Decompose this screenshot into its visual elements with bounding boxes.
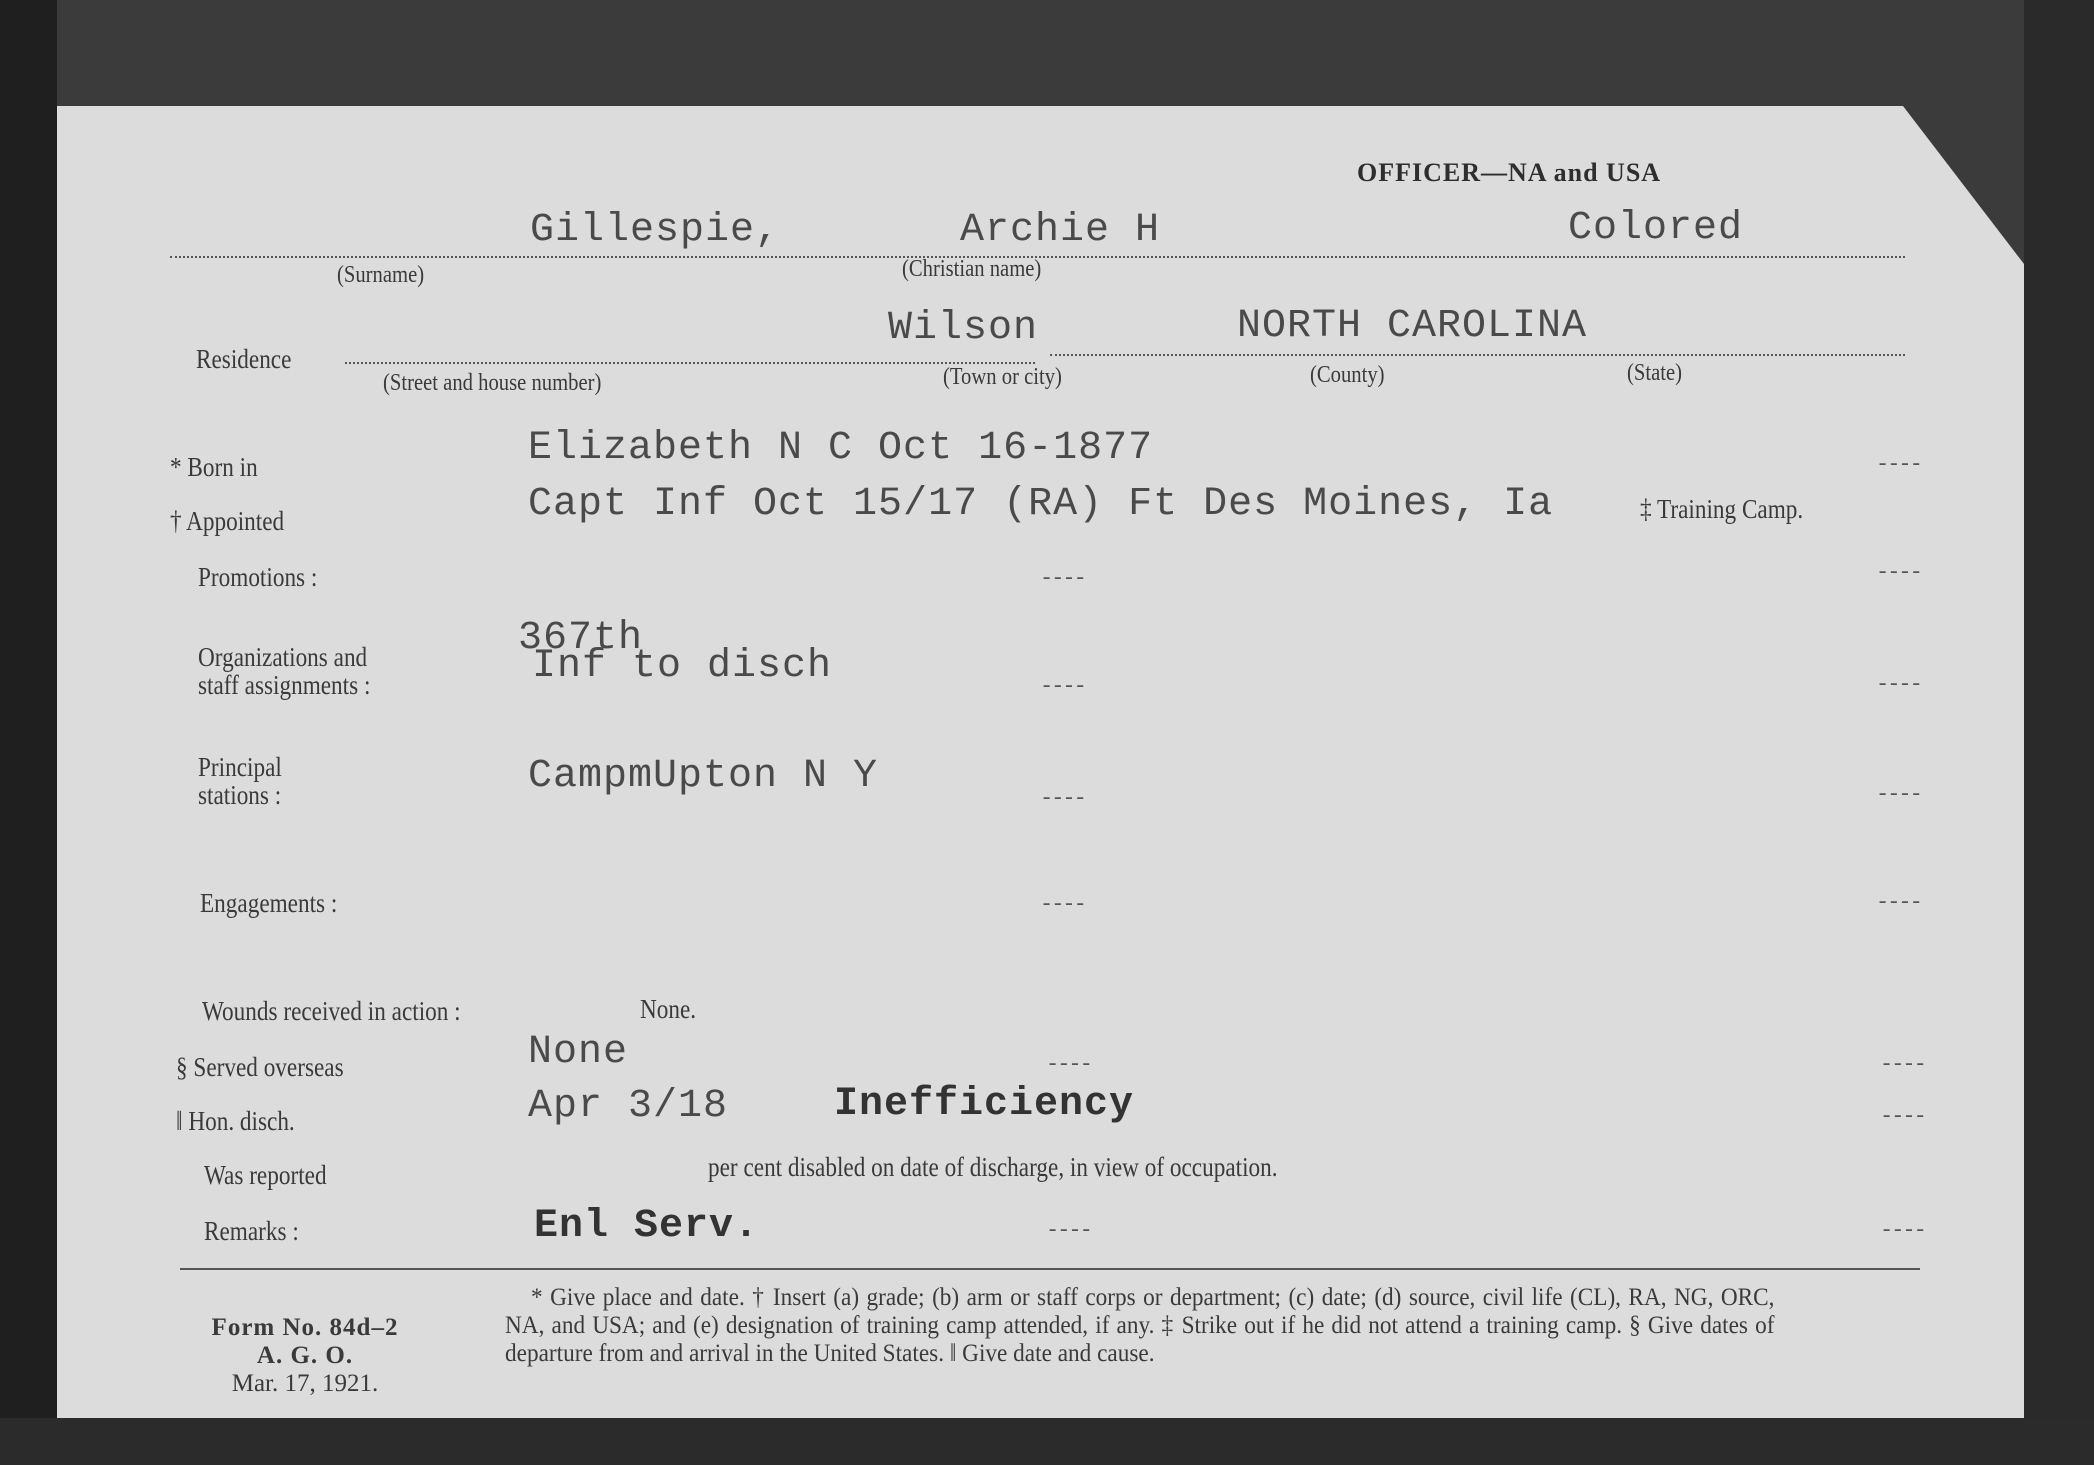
promotions-dash-right: ----	[1876, 560, 1921, 585]
footnotes: * Give place and date. † Insert (a) grad…	[505, 1284, 1774, 1368]
served-overseas-value: None	[528, 1030, 628, 1075]
street-label: (Street and house number)	[383, 370, 601, 397]
surname-label: (Surname)	[337, 262, 424, 289]
engagements-label: Engagements :	[200, 888, 337, 919]
form-identification: Form No. 84d–2 A. G. O. Mar. 17, 1921.	[170, 1314, 440, 1398]
wounds-value: None.	[640, 994, 696, 1025]
served-overseas-dash-mid: ----	[1046, 1052, 1091, 1077]
officer-record-card	[57, 106, 2024, 1418]
town-label: (Town or city)	[943, 364, 1062, 391]
county-label: (County)	[1310, 362, 1385, 389]
form-agency: A. G. O.	[170, 1342, 440, 1370]
engagements-dash-mid: ----	[1040, 892, 1085, 917]
engagements-dash-right: ----	[1876, 890, 1921, 915]
was-reported-label: Was reported	[204, 1160, 327, 1191]
scan-background-right	[2024, 0, 2094, 1465]
wounds-label: Wounds received in action :	[202, 996, 461, 1027]
remarks-dash-mid: ----	[1046, 1218, 1091, 1243]
organizations-value-line2: Inf to disch	[532, 644, 832, 689]
hon-disch-label: ‖ Hon. disch.	[176, 1106, 295, 1137]
hon-disch-dash-right: ----	[1880, 1104, 1925, 1129]
christian-name-value: Archie H	[960, 208, 1160, 253]
form-date: Mar. 17, 1921.	[170, 1370, 440, 1398]
street-line	[345, 362, 1035, 364]
principal-stations-dash-mid: ----	[1040, 786, 1085, 811]
principal-stations-dash-right: ----	[1876, 782, 1921, 807]
residence-label: Residence	[196, 344, 291, 375]
form-number: Form No. 84d–2	[170, 1314, 440, 1342]
born-in-dash: ----	[1876, 452, 1921, 477]
town-county-state-line	[1050, 354, 1905, 356]
principal-stations-label-line2: stations :	[198, 780, 281, 811]
surname-value: Gillespie,	[530, 208, 780, 253]
state-value: NORTH CAROLINA	[1237, 304, 1587, 349]
card-header: OFFICER—NA and USA	[1357, 158, 1661, 188]
promotions-dash-mid: ----	[1040, 566, 1085, 591]
served-overseas-label: § Served overseas	[176, 1052, 344, 1083]
organizations-label-line1: Organizations and	[198, 642, 367, 673]
state-label: (State)	[1627, 360, 1682, 387]
organizations-dash-mid: ----	[1040, 674, 1085, 699]
christian-name-label: (Christian name)	[902, 256, 1041, 283]
appointed-label: † Appointed	[170, 506, 284, 537]
remarks-label: Remarks :	[204, 1216, 299, 1247]
footer-divider	[180, 1268, 1920, 1270]
town-value: Wilson	[888, 306, 1038, 351]
principal-stations-value: CampmUpton N Y	[528, 754, 878, 799]
scan-background-left	[0, 0, 57, 1465]
was-reported-text: per cent disabled on date of discharge, …	[708, 1152, 1278, 1183]
born-in-value: Elizabeth N C Oct 16-1877	[528, 426, 1153, 471]
principal-stations-label-line1: Principal	[198, 752, 282, 783]
training-camp-label: ‡ Training Camp.	[1640, 494, 1803, 525]
remarks-dash-right: ----	[1880, 1218, 1925, 1243]
hon-disch-date: Apr 3/18	[528, 1084, 728, 1129]
hon-disch-cause: Inefficiency	[834, 1082, 1134, 1127]
served-overseas-dash-right: ----	[1880, 1052, 1925, 1077]
appointed-value: Capt Inf Oct 15/17 (RA) Ft Des Moines, I…	[528, 482, 1553, 527]
race-value: Colored	[1568, 206, 1743, 251]
remarks-value: Enl Serv.	[534, 1204, 759, 1249]
promotions-label: Promotions :	[198, 562, 317, 593]
organizations-label-line2: staff assignments :	[198, 670, 370, 701]
organizations-dash-right: ----	[1876, 672, 1921, 697]
scan-background-bottom	[0, 1418, 2094, 1465]
born-in-label: * Born in	[170, 452, 258, 483]
